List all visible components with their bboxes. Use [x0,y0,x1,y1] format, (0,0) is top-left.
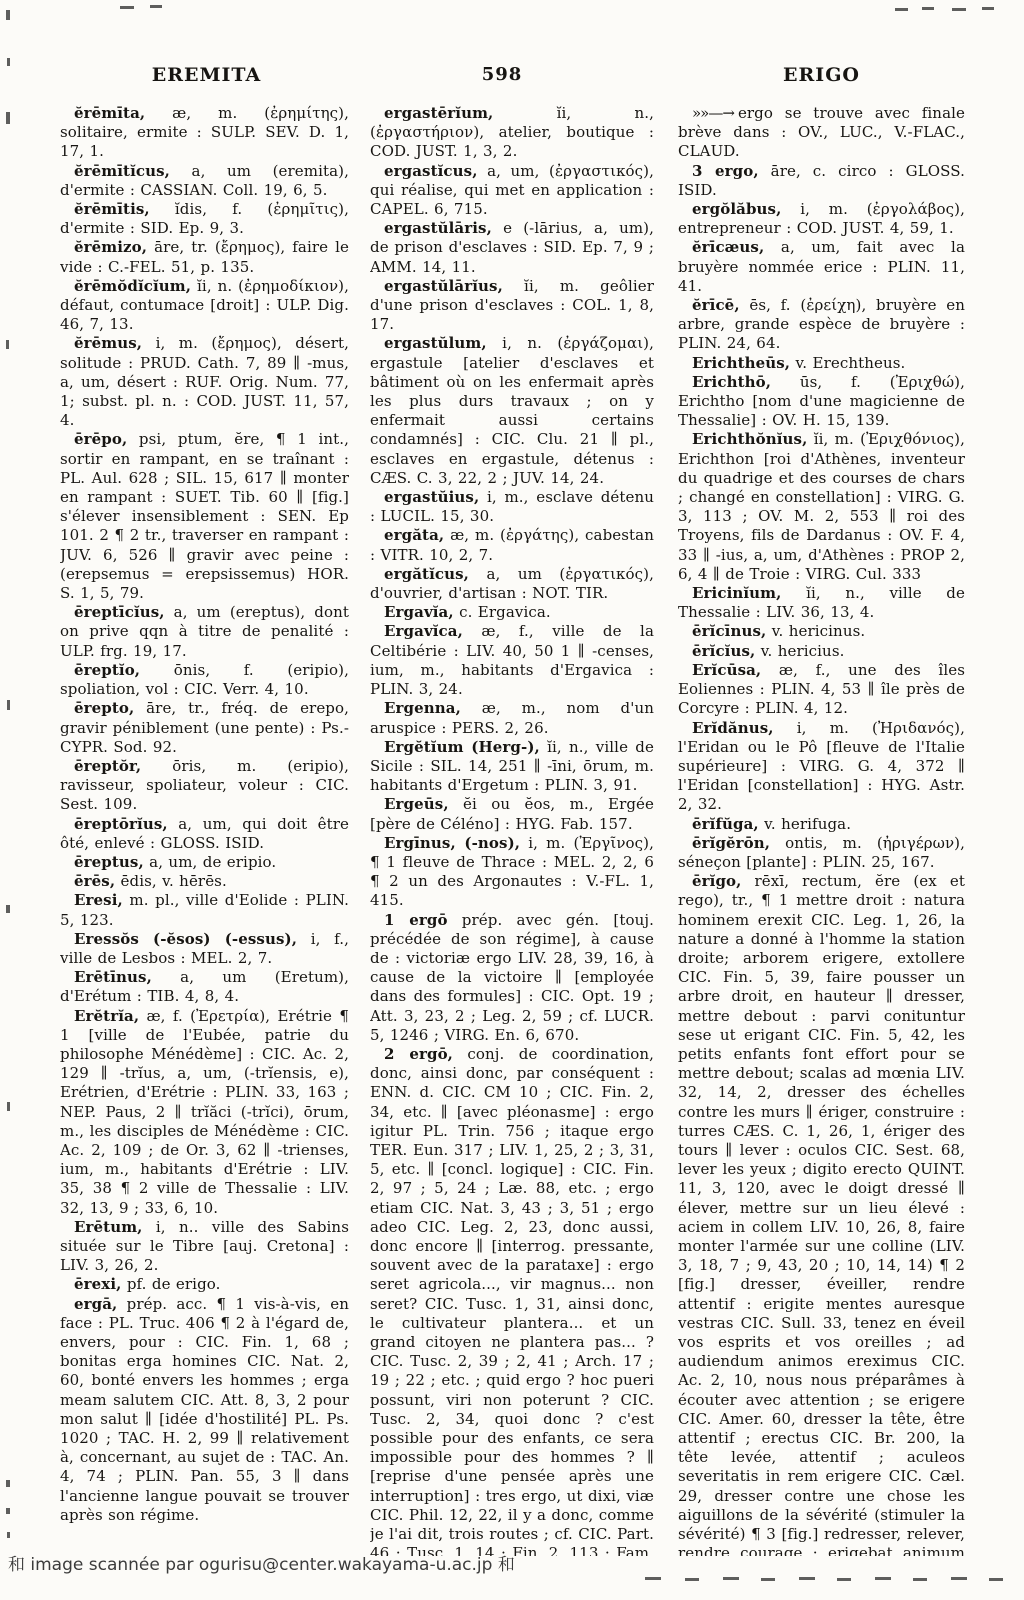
entry-headword: Erētīnus, [74,968,152,986]
entry-body: v. hericius. [755,642,844,660]
entry-headword: ĕrēmītĭcus, [74,162,170,180]
entry-headword: ēreptus, [74,853,144,871]
scan-artifact [6,112,10,124]
dictionary-entry: ēreptus, a, um, de eripio. [60,853,349,872]
entry-headword: Ergenna, [384,699,461,717]
dictionary-page: EREMITA 598 ERIGO ĕrēmīta, æ, m. (ἐρημίτ… [0,0,1024,1600]
dictionary-entry: Ericinĭum, ĭi, n., ville de Thessalie : … [678,584,965,622]
entry-headword: ērĭcĭus, [692,642,755,660]
entry-headword: ergŏlăbus, [692,200,781,218]
scan-artifact [922,7,934,10]
entry-headword: Erĭdănus, [692,719,774,737]
dictionary-entry: Erichthŏnĭus, ĭi, m. (Ἐριχθόνιος), Erich… [678,430,965,584]
entry-body: pf. de erigo. [121,1275,220,1293]
scan-artifact [6,905,10,913]
scan-artifact [6,10,10,20]
entry-headword: ērĭfŭga, [692,815,759,833]
dictionary-entry: Eressŏs (-ĕsos) (-essus), i, f., ville d… [60,930,349,968]
scan-artifact [7,1532,10,1538]
entry-body: v. herifuga. [759,815,851,833]
entry-body: a, um, de eripio. [144,853,277,871]
dictionary-entry: Ergeūs, ĕi ou ĕos, m., Ergée [père de Cé… [370,795,654,833]
scan-artifact [761,1578,775,1581]
dictionary-entry: ēreptĭo, ōnis, f. (eripio), spoliation, … [60,661,349,699]
entry-headword: ĕrēmus, [74,334,142,352]
dictionary-entry: ērĭcĭus, v. hericius. [678,642,965,661]
entry-headword: ergătĭcus, [384,565,469,583]
entry-headword: Erichthō, [692,373,771,391]
entry-headword: ēreptŏr, [74,757,141,775]
entry-headword: ĕrēmŏdĭcĭum, [74,277,191,295]
entry-body: v. hericinus. [766,622,865,640]
dictionary-entry: 1 ergō prép. avec gén. [touj. précédée d… [370,911,654,1045]
scan-artifact [7,58,10,66]
dictionary-entry: ĕrēmus, i, m. (ἔρημος), désert, solitude… [60,334,349,430]
entry-headword: ergastĭcus, [384,162,478,180]
entry-headword: Eressŏs (-ĕsos) (-essus), [74,930,297,948]
page-header: EREMITA 598 ERIGO [0,64,1024,94]
scan-artifact [723,1577,739,1580]
dictionary-entry: Erĭcūsa, æ, f., une des îles Eoliennes :… [678,661,965,719]
entry-headword: ergăta, [384,526,444,544]
entry-headword: Ergavĭca, [384,622,463,640]
entry-body: v. Erechtheus. [790,354,905,372]
scan-artifact [989,1578,1003,1581]
dictionary-entry: Ergenna, æ, m., nom d'un aruspice : PERS… [370,699,654,737]
scan-artifact [837,1578,851,1581]
entry-headword: ērĭcīnus, [692,622,766,640]
dictionary-entry: ĕrīcæus, a, um, fait avec la bruyère nom… [678,238,965,296]
page-number: 598 [352,64,652,85]
dictionary-entry: ĕrēmizo, āre, tr. (ἔρημος), faire le vid… [60,238,349,276]
dictionary-entry: ergăta, æ, m. (ἐργάτης), cabestan : VITR… [370,526,654,564]
entry-headword: ĕrēmizo, [74,238,147,256]
entry-headword: Ergīnus, (-nos), [384,834,520,852]
entry-headword: ĕrīcē, [692,296,740,314]
dictionary-entry: ĕrīcē, ēs, f. (ἐρείχη), bruyère en arbre… [678,296,965,354]
scan-artifact [799,1577,815,1580]
dictionary-entry: ērepto, āre, tr., fréq. de erepo, gravir… [60,699,349,757]
dictionary-entry: ergastērĭum, ĭi, n., (ἐργαστήριον), atel… [370,104,654,162]
dictionary-entry: ēreptŏr, ōris, m. (eripio), ravisseur, s… [60,757,349,815]
scan-artifact [120,6,134,9]
dictionary-entry: ēreptīcĭus, a, um (ereptus), dont on pri… [60,603,349,661]
entry-headword: ēreptōrĭus, [74,815,168,833]
entry-headword: Erĭcūsa, [692,661,761,679]
dictionary-entry: ēreptōrĭus, a, um, qui doit être ôté, en… [60,815,349,853]
entry-headword: ĕrēmītis, [74,200,150,218]
scan-artifact [895,8,908,11]
header-keyword-left: EREMITA [63,64,350,86]
scan-artifact [7,700,10,710]
entry-headword: ergastŭius, [384,488,479,506]
dictionary-entry: ērĭgo, rēxī, rectum, ĕre (ex et rego), t… [678,872,965,1556]
entry-body: c. Ergavica. [454,603,551,621]
dictionary-entry: ērēs, ēdis, v. hērēs. [60,872,349,891]
entry-body: conj. de coordination, donc, ainsi donc,… [370,1045,654,1556]
entry-headword: Erichthŏnĭus, [692,430,807,448]
dictionary-entry: 3 ergo, āre, c. circo : GLOSS. ISID. [678,162,965,200]
scan-artifact [913,1578,927,1581]
entry-headword: 2 ergō, [384,1045,453,1063]
entry-headword: ērēs, [74,872,115,890]
dictionary-entry: Ergavĭca, æ, f., ville de la Celtibérie … [370,622,654,699]
dictionary-entry: Ergavĭa, c. Ergavica. [370,603,654,622]
entry-body: ēdis, v. hērēs. [115,872,227,890]
entry-headword: ergastŭlāris, [384,219,492,237]
dictionary-entry: Erichtheūs, v. Erechtheus. [678,354,965,373]
scan-artifact [150,5,162,8]
dictionary-entry: ĕrēmŏdĭcĭum, ĭi, n. (ἐρημοδίκιον), défau… [60,277,349,335]
entry-headword: ĕrēmīta, [74,104,145,122]
entry-headword: 1 ergō [384,911,448,929]
entry-headword: Ericinĭum, [692,584,781,602]
dictionary-entry: ergătĭcus, a, um (ἐργατικός), d'ouvrier,… [370,565,654,603]
entry-headword: ērĭgo, [692,872,741,890]
entry-headword: ēreptĭo, [74,661,140,679]
scan-artifact [7,1102,10,1111]
scan-artifact [6,1508,10,1514]
dictionary-entry: Erichthō, ūs, f. (Ἐριχθώ), Erichtho [nom… [678,373,965,431]
entry-body: rēxī, rectum, ĕre (ex et rego), tr., ¶ 1… [678,872,965,1556]
text-column-center: ergastērĭum, ĭi, n., (ἐργαστήριον), atel… [370,104,654,1556]
entry-headword: ērepto, [74,699,134,717]
dictionary-entry: ērĭgĕrōn, ontis, m. (ἠριγέρων), séneçon … [678,834,965,872]
dictionary-entry: 2 ergō, conj. de coordination, donc, ain… [370,1045,654,1556]
text-column-left: ĕrēmīta, æ, m. (ἐρημίτης), solitaire, er… [60,104,349,1556]
entry-headword: ergastŭlum, [384,334,487,352]
entry-headword: Eresi, [74,891,123,909]
entry-headword: Erichtheūs, [692,354,790,372]
dictionary-entry: ergastĭcus, a, um, (ἐργαστικός), qui réa… [370,162,654,220]
entry-headword: ēreptīcĭus, [74,603,165,621]
dictionary-entry: ērēpo, psi, ptum, ĕre, ¶ 1 int., sortir … [60,430,349,603]
dictionary-entry: Ergĕtĭum (Herg-), ĭi, n., ville de Sicil… [370,738,654,796]
header-keyword-right: ERIGO [678,64,965,86]
entry-headword: ērēpo, [74,430,127,448]
scan-artifact [685,1578,699,1581]
dictionary-entry: »»—→ergo se trouve avec finale brève dan… [678,104,965,162]
scan-artifact [951,1577,967,1580]
dictionary-entry: ergastŭius, i, m., esclave détenu : LUCI… [370,488,654,526]
entry-body: prép. acc. ¶ 1 vis-à-vis, en face : PL. … [60,1295,349,1524]
scan-artifact [645,1577,661,1580]
scan-artifact [875,1577,891,1580]
scan-credit: 和 image scannée par ogurisu@center.wakay… [8,1550,708,1575]
dictionary-entry: ērexi, pf. de erigo. [60,1275,349,1294]
entry-headword: Ergĕtĭum (Herg-), [384,738,540,756]
entry-headword: Erētum, [74,1218,143,1236]
entry-headword: Ergeūs, [384,795,449,813]
dictionary-entry: ergastŭlum, i, n. (ἐργάζομαι), ergastule… [370,334,654,488]
dictionary-entry: ergastŭlāris, e (-lārius, a, um), de pri… [370,219,654,277]
entry-headword: ērexi, [74,1275,121,1293]
dictionary-entry: Erĭdănus, i, m. (Ἠριδανός), l'Eridan ou … [678,719,965,815]
entry-headword: ergā, [74,1295,117,1313]
entry-body: ĭi, m. (Ἐριχθόνιος), Erichthon [roi d'At… [678,430,965,582]
dictionary-entry: ĕrēmītis, ĭdis, f. (ἐρημῖτις), d'ermite … [60,200,349,238]
dictionary-entry: ĕrēmītĭcus, a, um (eremita), d'ermite : … [60,162,349,200]
dictionary-entry: ergŏlăbus, i, m. (ἐργολάβος), entreprene… [678,200,965,238]
entry-headword: Ergavĭa, [384,603,454,621]
entry-body: prép. avec gén. [touj. précédée de son r… [370,911,654,1044]
entry-headword: ĕrīcæus, [692,238,764,256]
dictionary-entry: ĕrēmīta, æ, m. (ἐρημίτης), solitaire, er… [60,104,349,162]
scan-artifact [952,8,966,11]
dictionary-entry: ergā, prép. acc. ¶ 1 vis-à-vis, en face … [60,1295,349,1525]
arrow-icon: »»—→ [692,104,738,122]
dictionary-entry: Erētīnus, a, um (Eretum), d'Erétum : TIB… [60,968,349,1006]
entry-headword: ergastŭlārĭus, [384,277,503,295]
dictionary-entry: Erētum, i, n.. ville des Sabins située s… [60,1218,349,1276]
entry-headword: Erĕtrĭa, [74,1007,139,1025]
dictionary-entry: Eresi, m. pl., ville d'Eolide : PLIN. 5,… [60,891,349,929]
entry-body: psi, ptum, ĕre, ¶ 1 int., sortir en ramp… [60,430,349,602]
dictionary-entry: ergastŭlārĭus, ĭi, m. geôlier d'une pris… [370,277,654,335]
scan-artifact [982,7,994,10]
dictionary-entry: ērĭcīnus, v. hericinus. [678,622,965,641]
entry-headword: ergastērĭum, [384,104,493,122]
dictionary-entry: Ergīnus, (-nos), i, m. (Ἐργῖνος), ¶ 1 fl… [370,834,654,911]
entry-headword: 3 ergo, [692,162,759,180]
entry-body: æ, f. (Ἐρετρία), Erétrie ¶ 1 [ville de l… [60,1007,349,1217]
dictionary-entry: Erĕtrĭa, æ, f. (Ἐρετρία), Erétrie ¶ 1 [v… [60,1007,349,1218]
text-column-right: »»—→ergo se trouve avec finale brève dan… [678,104,965,1556]
scan-artifact [6,1480,10,1487]
entry-body: i, n. (ἐργάζομαι), ergastule [atelier d'… [370,334,654,486]
dictionary-entry: ērĭfŭga, v. herifuga. [678,815,965,834]
scan-artifact [6,340,9,349]
entry-headword: ērĭgĕrōn, [692,834,770,852]
